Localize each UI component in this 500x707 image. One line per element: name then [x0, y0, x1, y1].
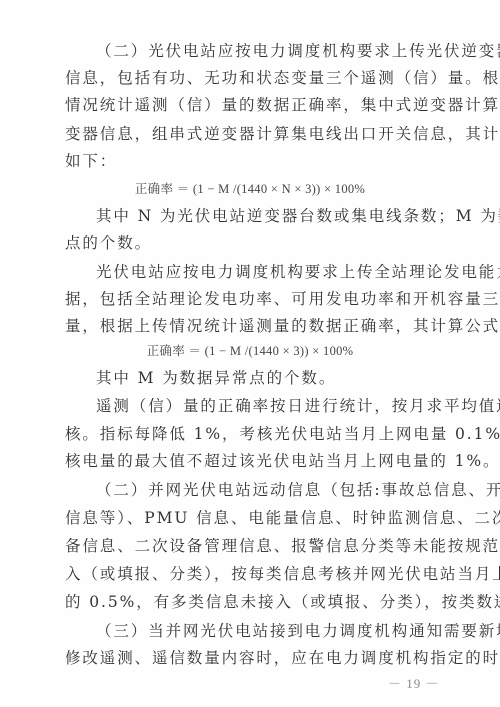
paragraph-line: 核。指标每降低 1%，考核光伏电站当月上网电量 0.1%，月度考 — [65, 424, 440, 444]
paragraph-line: 光伏电站应按电力调度机构要求上传全站理论发电能力数 — [96, 262, 440, 282]
paragraph-line: （二）并网光伏电站远动信息（包括:事故总信息、开关分相 — [96, 480, 440, 500]
paragraph-line: 据，包括全站理论发电功率、可用发电功率和开机容量三个遥测 — [65, 289, 440, 309]
page-number: － 19 － — [388, 673, 440, 692]
formula-station-accuracy: 正确率 ＝ (1 − M /(1440 × 3)) × 100% — [0, 343, 500, 359]
paragraph-line: 点的个数。 — [65, 233, 440, 253]
paragraph-line: 如下： — [65, 151, 440, 171]
paragraph-line: 量，根据上传情况统计遥测量的数据正确率，其计算公式如下： — [65, 316, 440, 336]
paragraph-line: 信息等）、PMU 信息、电能量信息、时钟监测信息、二次安防设 — [65, 508, 440, 528]
paragraph-line: 情况统计遥测（信）量的数据正确率，集中式逆变器计算单台逆 — [65, 95, 440, 115]
paragraph-line: 遥测（信）量的正确率按日进行统计，按月求平均值进行考 — [96, 396, 440, 416]
formula-inverter-accuracy: 正确率 ＝ (1 − M /(1440 × N × 3)) × 100% — [0, 181, 500, 197]
paragraph-line: （三）当并网光伏电站接到电力调度机构通知需要新增加或 — [96, 621, 440, 641]
paragraph-line: 入（或填报、分类），按每类信息考核并网光伏电站当月上网电量 — [65, 564, 440, 584]
document-page: （二）光伏电站应按电力调度机构要求上传光伏逆变器基础 信息，包括有功、无功和状态… — [0, 0, 500, 707]
paragraph-line: 信息，包括有功、无功和状态变量三个遥测（信）量。根据上传 — [65, 68, 440, 88]
paragraph-line: 的 0.5%，有多类信息未接入（或填报、分类），按类数进行累加。 — [65, 592, 440, 612]
paragraph-line: 备信息、二次设备管理信息、报警信息分类等未能按规范完整接 — [65, 536, 440, 556]
paragraph-line: （二）光伏电站应按电力调度机构要求上传光伏逆变器基础 — [96, 41, 440, 61]
paragraph-line: 其中 M 为数据异常点的个数。 — [96, 368, 440, 388]
paragraph-line: 修改遥测、遥信数量内容时，应在电力调度机构指定的时间内完 — [65, 648, 440, 668]
paragraph-line: 其中 N 为光伏电站逆变器台数或集电线条数；M 为数据异常 — [96, 206, 440, 226]
paragraph-line: 变器信息，组串式逆变器计算集电线出口开关信息，其计算公式 — [65, 124, 440, 144]
paragraph-line: 核电量的最大值不超过该光伏电站当月上网电量的 1%。 — [65, 451, 440, 471]
